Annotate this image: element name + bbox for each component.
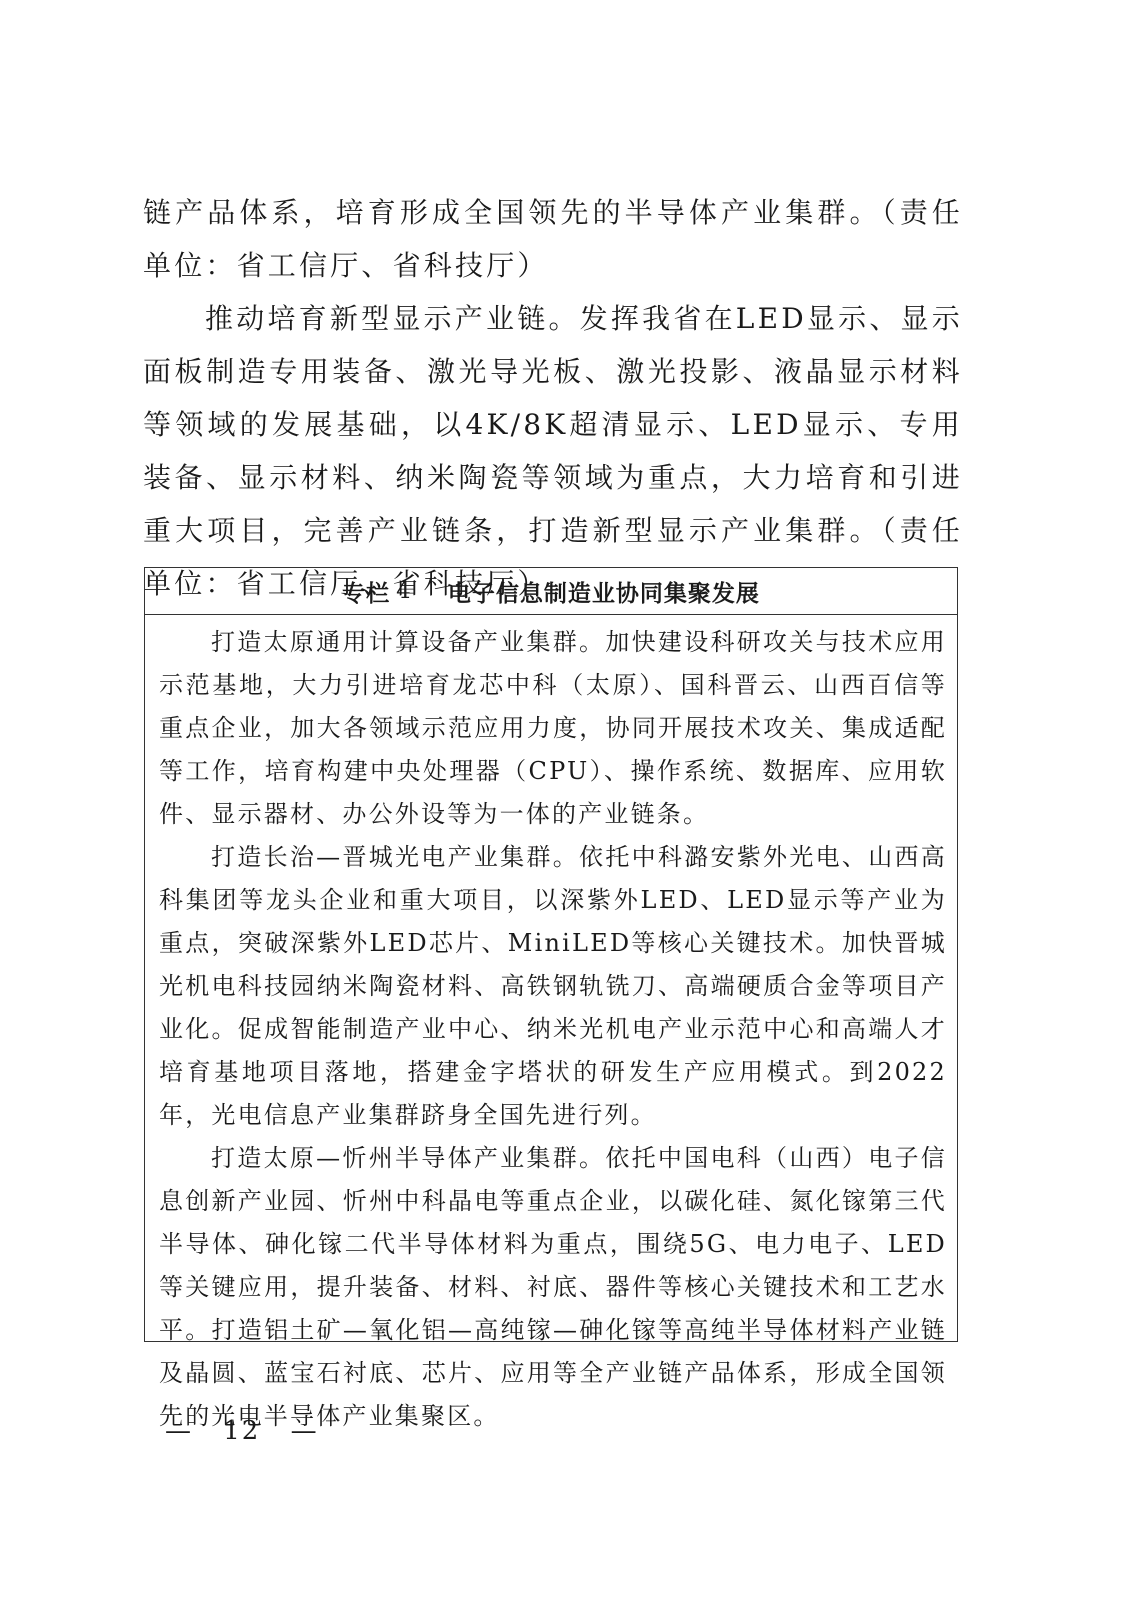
column-label: 专栏: [342, 575, 390, 608]
column-paragraph-taiyuan-xinzhou: 打造太原—忻州半导体产业集群。依托中国电科（山西）电子信息创新产业园、忻州中科晶…: [159, 1137, 947, 1438]
column-number: 4: [396, 578, 412, 604]
page-number: — 12 —: [155, 1416, 329, 1446]
column-box: 专栏 4 电子信息制造业协同集聚发展 打造太原通用计算设备产业集群。加快建设科研…: [144, 567, 958, 1342]
column-paragraph-changzhi-jincheng: 打造长治—晋城光电产业集群。依托中科潞安紫外光电、山西高科集团等龙头企业和重大项…: [159, 836, 947, 1137]
page-dash-left: —: [165, 1416, 193, 1446]
document-page: 链产品体系，培育形成全国领先的半导体产业集群。（责任单位：省工信厅、省科技厅） …: [0, 0, 1125, 1600]
column-paragraph-taiyuan-computing: 打造太原通用计算设备产业集群。加快建设科研攻关与技术应用示范基地，大力引进培育龙…: [159, 621, 947, 836]
page-number-value: 12: [223, 1416, 260, 1446]
column-title: 电子信息制造业协同集聚发展: [448, 575, 760, 608]
column-box-header: 专栏 4 电子信息制造业协同集聚发展: [145, 568, 957, 615]
column-box-body: 打造太原通用计算设备产业集群。加快建设科研攻关与技术应用示范基地，大力引进培育龙…: [145, 615, 957, 1438]
page-dash-right: —: [291, 1416, 319, 1446]
body-paragraph-display-industry: 推动培育新型显示产业链。发挥我省在LED显示、显示面板制造专用装备、激光导光板、…: [143, 292, 963, 610]
body-paragraph-continued: 链产品体系，培育形成全国领先的半导体产业集群。（责任单位：省工信厅、省科技厅）: [143, 186, 963, 292]
